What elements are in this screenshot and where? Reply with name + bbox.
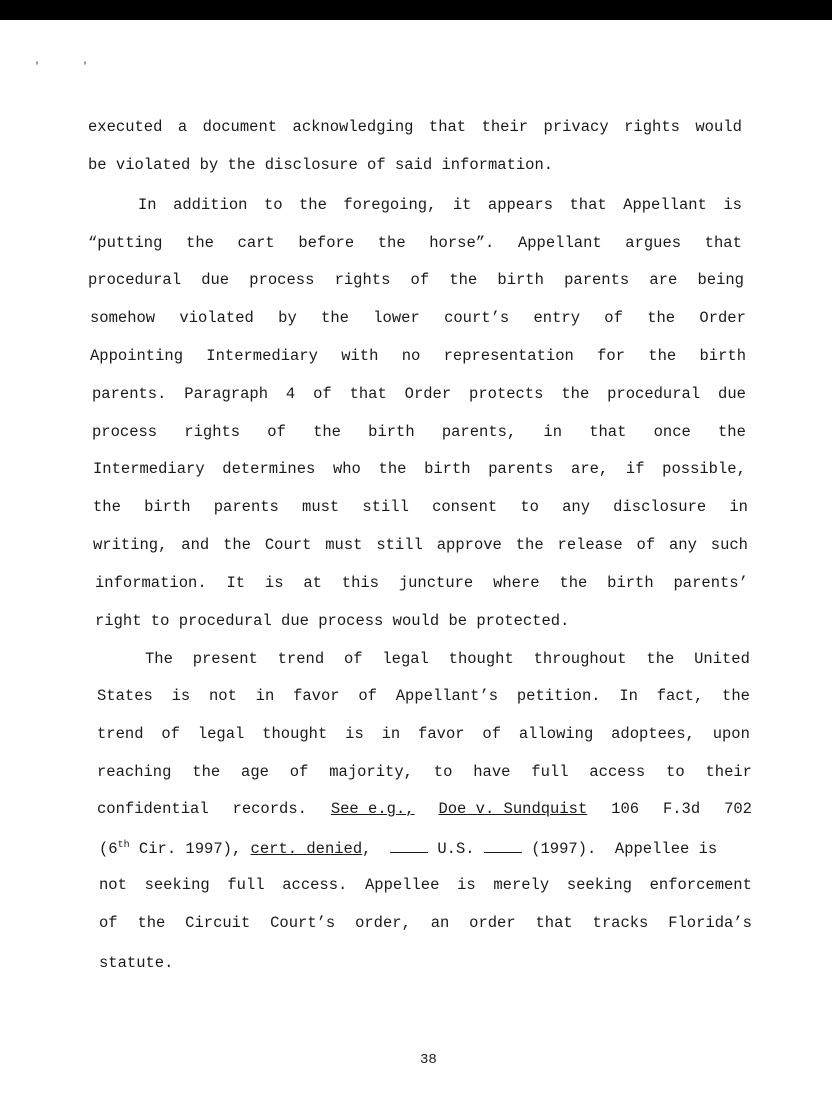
text-line: processrightsofthebirthparents,inthatonc… (92, 425, 746, 441)
text-line: StatesisnotinfavorofAppellant’spetition.… (97, 689, 750, 705)
text-line: information.Itisatthisjuncturewherethebi… (95, 576, 748, 592)
text-line: trendoflegalthoughtisinfavorofallowingad… (97, 727, 750, 743)
text-line: confidentialrecords.See e.g.,Doe v. Sund… (97, 802, 752, 818)
text-line: Intermediarydetermineswhothebirthparents… (93, 462, 746, 478)
text-line: writing,andtheCourtmuststillapprovethere… (93, 538, 748, 554)
text-line: oftheCircuitCourt’sorder,anorderthattrac… (99, 916, 752, 932)
text-line: “puttingthecartbeforethehorse”.Appellant… (88, 236, 742, 252)
text-line: right to procedural due process would be… (95, 614, 569, 630)
page-number: 38 (420, 1052, 437, 1068)
text-line: Thepresenttrendoflegalthoughtthroughoutt… (145, 652, 750, 668)
text-line: executedadocumentacknowledgingthattheirp… (88, 120, 742, 136)
text-line: statute. (99, 956, 173, 972)
text-line: somehowviolatedbythelowercourt’sentryoft… (90, 311, 746, 327)
text-line: parents.Paragraph4ofthatOrderprotectsthe… (92, 387, 746, 403)
text-line: Inadditiontotheforegoing,itappearsthatAp… (138, 198, 742, 214)
text-line: be violated by the disclosure of said in… (88, 158, 553, 174)
text-line: (6th Cir. 1997), cert. denied, U.S. (199… (99, 840, 752, 858)
scan-specks: ' ' (34, 62, 106, 73)
text-line: proceduraldueprocessrightsofthebirthpare… (88, 273, 744, 289)
text-line: reachingtheageofmajority,tohavefullacces… (97, 765, 752, 781)
text-line: thebirthparentsmuststillconsenttoanydisc… (93, 500, 748, 516)
text-line: notseekingfullaccess.Appelleeismerelysee… (99, 878, 752, 894)
text-line: AppointingIntermediarywithnorepresentati… (90, 349, 746, 365)
scan-border (0, 0, 832, 20)
